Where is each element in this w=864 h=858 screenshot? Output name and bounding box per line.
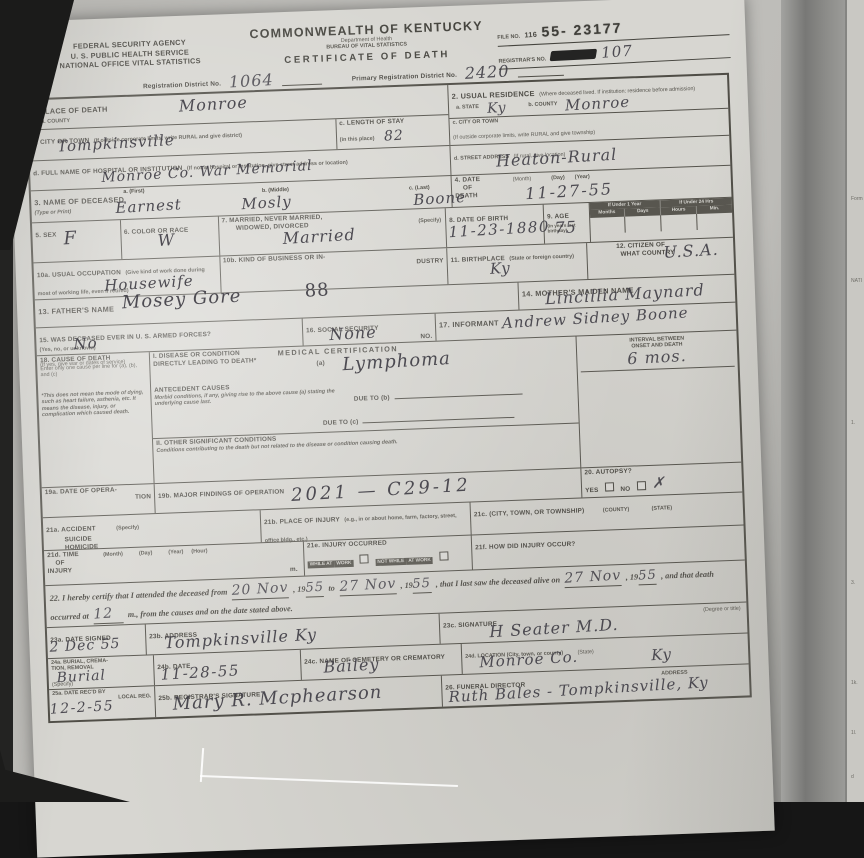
date-received-value: 12-2-55 — [49, 699, 114, 717]
while-at-work-label-2: WORK — [334, 560, 353, 568]
neighbor-fragment: Form — [851, 196, 863, 202]
length-of-stay-value: 82 — [383, 128, 404, 143]
signature-value: H Seater M.D. — [489, 617, 619, 640]
injury-month-label: (Month) — [103, 551, 124, 574]
cause-note: Enter only one cause per line for (a), (… — [40, 362, 146, 379]
date-signed-value: 2 Dec 55 — [49, 637, 121, 655]
how-injury-label: 21f. HOW DID INJURY OCCUR? — [475, 541, 576, 552]
autopsy-yes-label: YES — [585, 487, 599, 494]
length-of-stay-note: (in this place) — [340, 136, 375, 143]
reg-district-label: Registration District No. — [143, 80, 221, 91]
primary-district-underline — [518, 75, 564, 78]
medical-certification-column: MEDICAL CERTIFICATION I. DISEASE OR COND… — [149, 337, 581, 484]
time-injury-label-3: INJURY — [48, 566, 96, 576]
field-birthplace: 11. BIRTHPLACE (State or foreign country… — [446, 243, 587, 284]
age-subboxes: If Under 1 Year If Under 24 Hrs Months D… — [588, 198, 733, 242]
primary-district-label: Primary Registration District No. — [352, 72, 458, 84]
informant-label: 17. INFORMANT — [439, 318, 499, 329]
injury-city-label: 21c. (CITY, TOWN, OR TOWNSHIP) — [474, 507, 585, 518]
burial-location-value: Monroe Co. — [479, 650, 579, 671]
field-date-received: 25a. DATE REC'D BY LOCAL REG. 12-2-55 — [49, 686, 155, 721]
certify-text-5: , that I last saw the deceased alive on — [436, 575, 561, 589]
while-at-work-checkbox — [360, 555, 369, 564]
usual-residence-column: 2. USUAL RESIDENCE (Where deceased lived… — [447, 75, 730, 175]
registrar-no-value: 107 — [600, 44, 633, 61]
certify-from-date: 20 Nov — [231, 581, 289, 598]
marital-value: Married — [282, 227, 356, 247]
certify-alive-date: 27 Nov — [564, 568, 622, 585]
place-of-death-column: 1. PLACE OF DEATH a. COUNTY Monroe b. CI… — [27, 85, 450, 190]
date-of-death-value: 11-27-55 — [524, 181, 613, 202]
redaction-mark — [550, 49, 598, 61]
stray-number: 88 — [305, 281, 331, 300]
burial-value: Burial — [57, 668, 107, 685]
field-date-of-operation: 19a. DATE OF OPERA- TION — [42, 484, 155, 517]
marital-note: (Specify) — [418, 217, 441, 224]
length-of-stay-label: c. LENGTH OF STAY — [339, 116, 446, 128]
neighbor-fragment: 3. — [851, 580, 855, 586]
field-date-signed: 23a. DATE SIGNED 2 Dec 55 — [47, 625, 146, 659]
due-to-b-blank — [394, 394, 522, 400]
certificate-form: Form V. S. 1-A FEDERAL SECURITY AGENCY U… — [23, 8, 752, 723]
first-name-label: a. (First) — [123, 188, 144, 195]
birthplace-value: Ky — [489, 261, 511, 277]
field-burial-type: 24a. BURIAL, CREMA- TION, REMOVAL (Speci… — [48, 655, 154, 689]
min-box — [697, 213, 732, 230]
neighbor-fragment: 1k. — [851, 680, 858, 686]
reg-district-underline — [282, 84, 322, 86]
signer-address-value: Tompkinsville Ky — [164, 627, 317, 652]
injury-day-label: (Day) — [139, 550, 153, 572]
neighbor-page-edge: Form NATI 1. 3. 1k. 1l. d — [845, 0, 864, 802]
interval-value: 6 mos. — [627, 348, 687, 367]
injury-county-label: (COUNTY) — [603, 507, 630, 514]
certify-text-4: , 19 — [400, 581, 413, 590]
file-small-number: 116 — [524, 30, 537, 40]
burial-location-state-label: (State) — [577, 649, 593, 656]
middle-name-value: Mosly — [241, 194, 292, 212]
not-while-label-2: AT WORK — [406, 557, 433, 565]
autopsy-no-mark: ✗ — [652, 475, 666, 491]
informant-value: Andrew Sidney Boone — [502, 305, 689, 331]
field-length-of-stay: c. LENGTH OF STAY (in this place) 82 — [335, 115, 449, 149]
certify-text-2: , 19 — [293, 585, 306, 594]
certify-alive-year: 55 — [638, 569, 657, 583]
cause-star-note: *This does not mean the mode of dying, s… — [41, 389, 148, 419]
certify-from-year: 55 — [305, 581, 324, 595]
certificate-page: Form V. S. 1-A FEDERAL SECURITY AGENCY U… — [7, 0, 775, 802]
not-while-label: NOT WHILE — [375, 558, 406, 567]
interval-value-line: 6 mos. — [580, 347, 735, 373]
certify-text-8: m., from the causes and on the date stat… — [128, 604, 293, 619]
row-cause-of-death: 18. CAUSE OF DEATH Enter only one cause … — [37, 330, 741, 488]
certify-hour: 12 — [93, 606, 114, 621]
days-box — [626, 215, 662, 232]
signature-note: (Degree or title) — [703, 606, 741, 614]
major-findings-label: 19b. MAJOR FINDINGS OF OPERATION — [158, 488, 284, 500]
file-label: FILE NO. — [497, 34, 520, 41]
while-at-work-label: WHILE AT — [308, 561, 335, 569]
residence-county-value: Monroe — [565, 95, 631, 114]
certify-to-date: 27 Nov — [339, 577, 397, 594]
usual-residence-title: 2. USUAL RESIDENCE — [451, 89, 534, 101]
name-title: 3. NAME OF DECEASED — [34, 195, 124, 207]
field-color-race: 6. COLOR OR RACE W — [119, 217, 218, 260]
first-name-value: Earnest — [115, 197, 182, 216]
primary-district-value: 2420 — [465, 63, 511, 82]
autopsy-no-checkbox — [637, 481, 646, 490]
certify-text-3: to — [328, 584, 335, 593]
hours-box — [661, 214, 697, 231]
place-of-injury-label: 21b. PLACE OF INJURY — [264, 516, 340, 526]
due-to-b-label: DUE TO (b) — [354, 394, 390, 402]
months-box — [590, 217, 626, 234]
interval-column: INTERVAL BETWEEN ONSET AND DEATH 6 mos. — [575, 331, 741, 468]
residence-state-value: Ky — [487, 101, 507, 117]
city-of-death-value: Tompkinsville — [56, 133, 174, 155]
accident-note: (Specify) — [116, 525, 139, 532]
injury-year-label: (Year) — [168, 549, 184, 572]
registrar-signature-value: Mary R. Mcphearson — [172, 684, 383, 714]
injury-state-label: (STATE) — [652, 505, 673, 512]
time-of-injury-labels: 21d. TIME OF INJURY (Month) (Day) (Year)… — [47, 543, 301, 576]
certify-text-1: 22. I hereby certify that I attended the… — [50, 587, 228, 603]
header-title-block: COMMONWEALTH OF KENTUCKY Department of H… — [235, 16, 498, 68]
major-findings-value: 2021 — C29-12 — [291, 477, 472, 505]
file-stamp-number: 55- 23177 — [541, 20, 623, 40]
certify-text-6: , 19 — [626, 572, 639, 581]
due-to-c-blank — [363, 417, 514, 424]
citizen-value: U.S.A. — [663, 242, 719, 261]
burial-location-state-value: Ky — [651, 647, 673, 663]
neighbor-fragment: NATI — [851, 278, 862, 284]
father-label: 13. FATHER'S NAME — [38, 304, 114, 316]
age-value: 75 — [554, 219, 577, 236]
not-while-checkbox — [439, 552, 448, 561]
county-of-death-value: Monroe — [179, 95, 249, 115]
sex-value: F — [63, 230, 78, 249]
cause-a-prefix: (a) — [316, 360, 325, 368]
field-date-of-birth: 8. DATE OF BIRTH 11-23-1880 — [445, 205, 544, 248]
accident-label-1: 21a. ACCIDENT — [46, 525, 96, 534]
certify-to-year: 55 — [412, 577, 431, 591]
header-stamp-block: FILE NO. 116 55- 23177 REGISTRAR'S NO. 1… — [497, 8, 728, 58]
color-race-value: W — [158, 232, 176, 249]
injury-time-m: m. — [290, 566, 298, 574]
neighbor-fragment: d — [851, 774, 854, 780]
due-to-c-label: DUE TO (c) — [323, 419, 359, 427]
ssn-value: None — [329, 324, 377, 343]
reg-district-value: 1064 — [229, 72, 275, 91]
burial-date-value: 11-28-55 — [160, 663, 240, 683]
father-name-value: Mosey Gore — [121, 288, 241, 313]
sex-label: 5. SEX — [35, 231, 56, 239]
armed-forces-value: No — [73, 336, 98, 352]
street-address-value: Heaton-Rural — [495, 147, 617, 170]
field-citizen: 12. CITIZEN OF WHAT COUNTRY U.S.A. — [586, 238, 734, 279]
autopsy-no-label: NO — [620, 486, 630, 493]
dob-value: 11-23-1880 — [448, 219, 550, 240]
cemetery-value: Bailey — [323, 656, 380, 675]
scanned-photo: Form V. S. 1-A FEDERAL SECURITY AGENCY U… — [0, 0, 864, 802]
birthplace-note: (State or foreign country) — [509, 254, 574, 262]
field-sex: 5. SEX F — [32, 220, 121, 262]
injury-occurred-options: WHILE ATWORK NOT WHILEAT WORK — [307, 547, 469, 571]
time-injury-label-block: 21d. TIME OF INJURY — [47, 550, 96, 576]
neighbor-fragment: 1. — [851, 420, 855, 426]
cause-of-death-sidebar: 18. CAUSE OF DEATH Enter only one cause … — [37, 352, 154, 487]
last-name-value: Boone — [413, 190, 466, 208]
injury-hour-label: (Hour) — [191, 548, 208, 571]
funeral-director-value: Ruth Bales - Tompkinsville, Ky — [448, 675, 709, 705]
autopsy-yes-checkbox — [605, 482, 614, 491]
book-gutter-shadow — [781, 0, 845, 802]
form-grid: 1. PLACE OF DEATH a. COUNTY Monroe b. CI… — [25, 73, 751, 723]
neighbor-fragment: 1l. — [851, 730, 856, 736]
cause-a-value: Lymphoma — [342, 350, 451, 374]
